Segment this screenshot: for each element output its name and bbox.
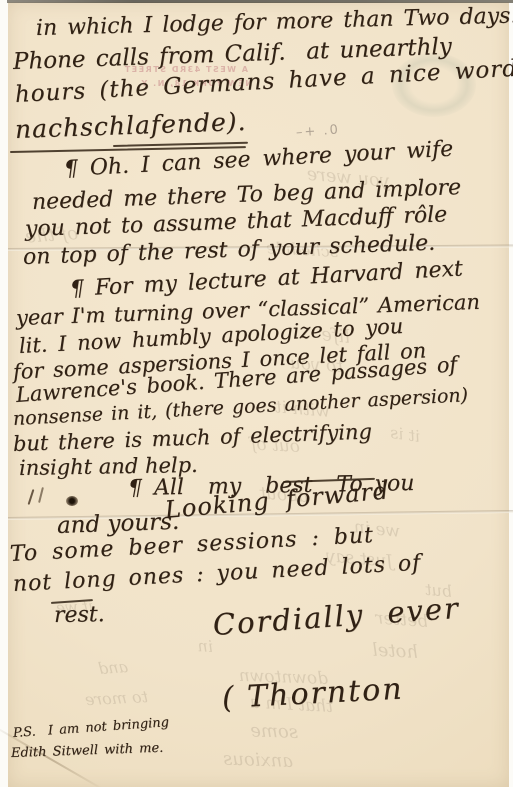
pencil-annotation: –+ .0 [296,122,341,140]
postscript-line: P.S. I am not bringing [13,716,170,741]
letter-postscript: P.S. I am not bringingEdith Sitwell with… [0,0,513,787]
ink-blot [66,496,78,506]
postscript-line: Edith Sitwell with me. [11,742,164,762]
scanned-photo-background: A WEST 43RD STREETNEW YORK 18, N. Y. you… [0,0,513,787]
